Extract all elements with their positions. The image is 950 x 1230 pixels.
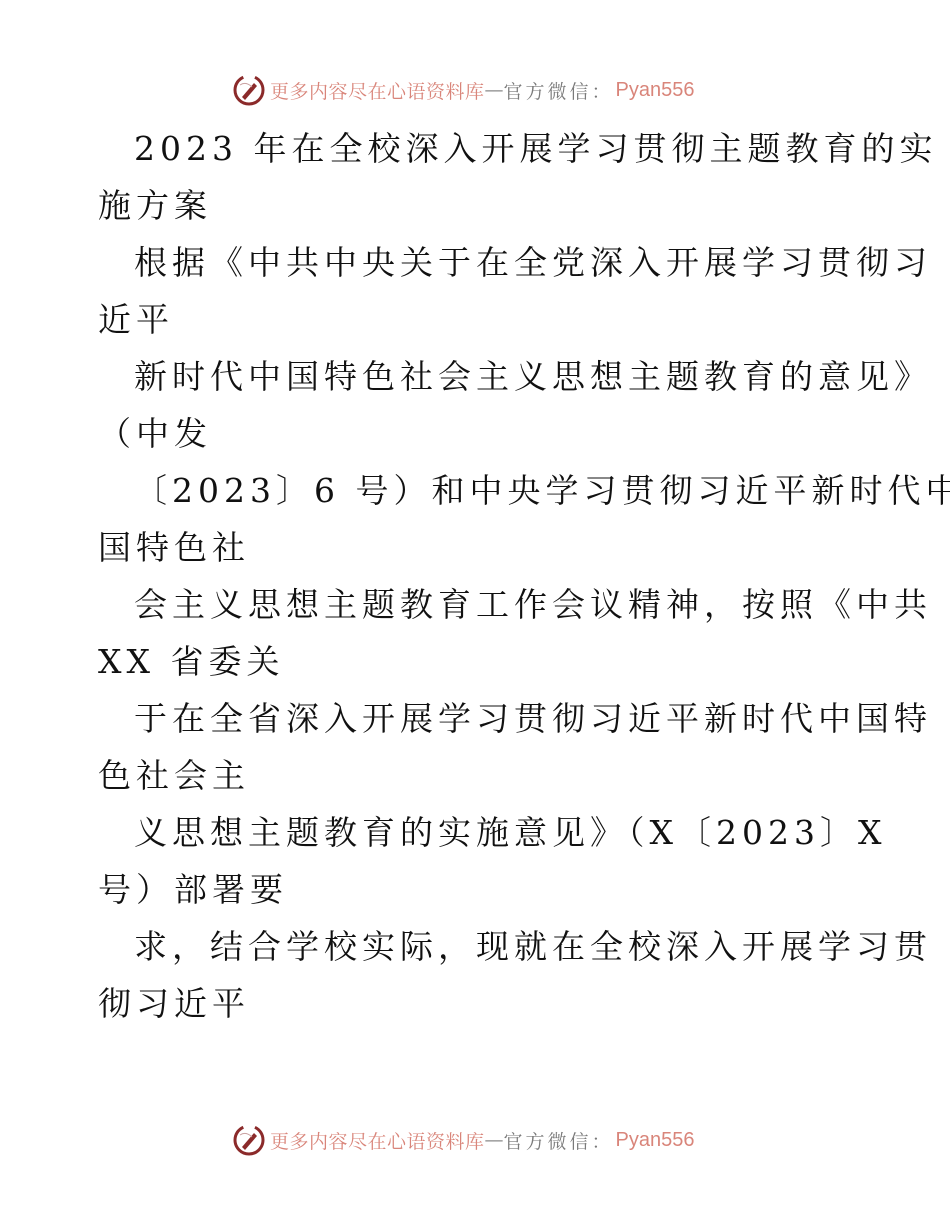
quill-logo-icon — [232, 1123, 266, 1157]
watermark-dash: — — [485, 1129, 504, 1151]
doc-line: （中发 — [98, 405, 858, 462]
header-watermark: 更多内容尽在心语资料库 — 官方微信： Pyan556 — [232, 70, 732, 110]
doc-line: 根据《中共中央关于在全党深入开展学习贯彻习 — [98, 234, 858, 291]
doc-line: 2023 年在全校深入开展学习贯彻主题教育的实 — [98, 120, 858, 177]
doc-line: 国特色社 — [98, 519, 858, 576]
doc-line: 彻习近平 — [98, 975, 858, 1032]
doc-line: XX 省委关 — [98, 633, 858, 690]
watermark-dash: — — [485, 79, 504, 101]
watermark-wechat-id: Pyan556 — [616, 79, 695, 102]
doc-line: 近平 — [98, 291, 858, 348]
document-body: 2023 年在全校深入开展学习贯彻主题教育的实 施方案 根据《中共中央关于在全党… — [98, 120, 858, 1032]
watermark-brand-text: 更多内容尽在心语资料库 — [270, 1127, 485, 1154]
doc-line: 会主义思想主题教育工作会议精神，按照《中共 — [98, 576, 858, 633]
doc-line: 施方案 — [98, 177, 858, 234]
doc-line: 于在全省深入开展学习贯彻习近平新时代中国特 — [98, 690, 858, 747]
watermark-label: 官方微信： — [504, 1127, 614, 1154]
watermark-label: 官方微信： — [504, 77, 614, 104]
watermark-wechat-id: Pyan556 — [616, 1129, 695, 1152]
watermark-brand-text: 更多内容尽在心语资料库 — [270, 77, 485, 104]
doc-line: 〔2023〕6 号）和中央学习贯彻习近平新时代中 — [98, 462, 858, 519]
doc-line: 色社会主 — [98, 747, 858, 804]
doc-line: 求，结合学校实际，现就在全校深入开展学习贯 — [98, 918, 858, 975]
doc-line: 新时代中国特色社会主义思想主题教育的意见》 — [98, 348, 858, 405]
footer-watermark: 更多内容尽在心语资料库 — 官方微信： Pyan556 — [232, 1120, 732, 1160]
doc-line: 号）部署要 — [98, 861, 858, 918]
quill-logo-icon — [232, 73, 266, 107]
doc-line: 义思想主题教育的实施意见》（X〔2023〕X — [98, 804, 858, 861]
